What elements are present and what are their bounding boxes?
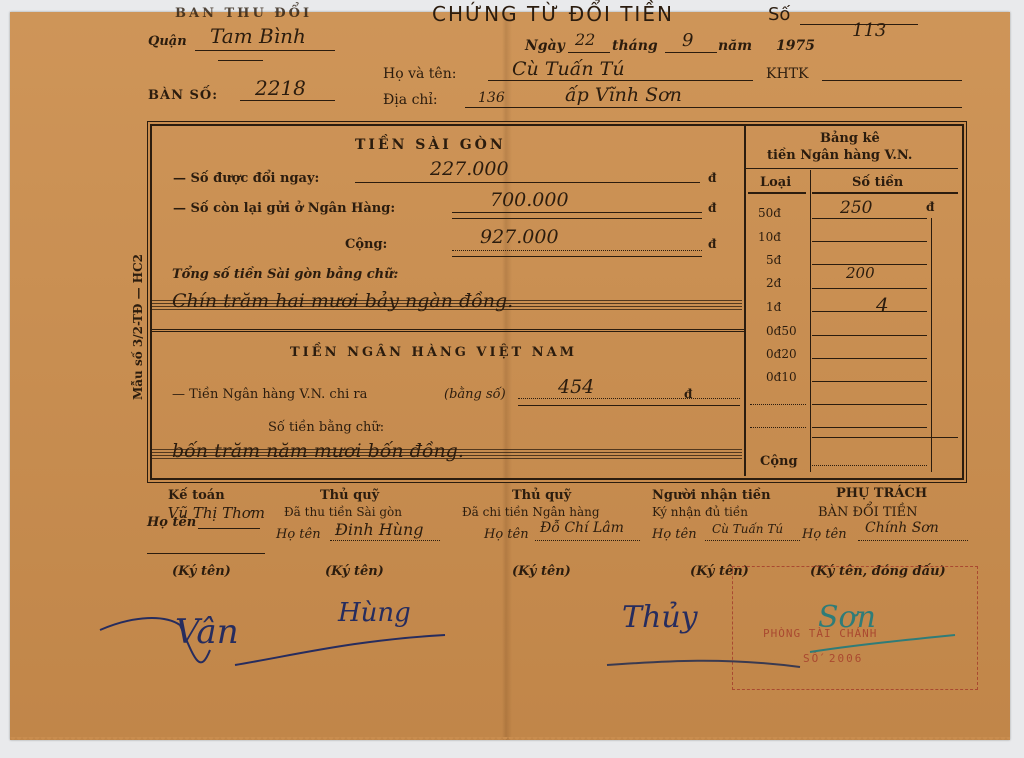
name-underline: [488, 80, 753, 81]
denom-unit: đ: [926, 200, 934, 214]
denom-title-1: Bảng kê: [820, 131, 880, 146]
doc-no-value: 113: [852, 20, 886, 41]
vn-words-value: bốn trăm năm mươi bốn đồng.: [172, 440, 464, 462]
denom-type: 50đ: [758, 206, 781, 220]
saigon-total-line: [452, 250, 702, 251]
sig-role-cashier-1: Thủ quỹ: [320, 488, 379, 503]
sig-sub: BÀN ĐỔI TIỀN: [818, 505, 918, 520]
table-no-underline: [240, 100, 335, 101]
sig-name-value: Cù Tuấn Tú: [712, 522, 783, 536]
denom-header-divider: [746, 168, 958, 169]
sig-sub: Đã chi tiền Ngân hàng: [462, 505, 600, 519]
sig-name-label: Họ tên: [652, 527, 697, 542]
vn-amount-unit: đ: [684, 387, 692, 401]
sig-sub: Đã thu tiền Sài gòn: [284, 505, 402, 519]
doc-no-label: Số: [768, 4, 790, 25]
address-number: 136: [478, 90, 505, 106]
denom-hdr-line-b: [812, 192, 958, 194]
name-suffix-underline: [822, 80, 962, 81]
saigon-total-unit: đ: [708, 237, 716, 251]
date-day-label: Ngày: [525, 38, 565, 54]
saigon-row-line: [355, 182, 700, 183]
denom-amount: 4: [876, 293, 889, 317]
denom-total-label: Cộng: [760, 454, 798, 469]
sig-sign-label: (Ký tên): [325, 564, 384, 579]
saigon-total-value: 927.000: [480, 226, 559, 248]
date-day-underline: [568, 52, 610, 53]
sig-sub: Ký nhận đủ tiền: [652, 505, 748, 519]
vn-words-label: Số tiền bằng chữ:: [268, 420, 384, 435]
denom-line: [812, 311, 927, 312]
denom-col-type: Loại: [760, 175, 791, 190]
sig-name-line-2: [147, 553, 265, 554]
sig-role-manager: PHỤ TRÁCH: [836, 486, 927, 501]
district-underline-2: [218, 60, 263, 61]
vn-amount-line-2: [518, 405, 740, 406]
office-label: BAN THU ĐỔI: [175, 6, 312, 21]
vn-bank-money-title: TIỀN NGÂN HÀNG VIỆT NAM: [290, 345, 577, 360]
sig-name-line: [330, 540, 440, 541]
date-year-value: 1975: [776, 38, 815, 54]
denom-blank-line: [812, 427, 927, 428]
saigon-row-value: 227.000: [430, 158, 509, 180]
sig-name-value: Chính Sơn: [865, 520, 939, 536]
saigon-words-value: Chín trăm hai mươi bảy ngàn đồng.: [172, 290, 513, 312]
document-title: CHỨNG TỪ ĐỔI TIỀN: [432, 2, 674, 26]
sig-name-label: Họ tên: [484, 527, 529, 542]
saigon-money-title: TIỀN SÀI GÒN: [355, 137, 506, 153]
denom-line: [812, 241, 927, 242]
sig-name-value: Đỗ Chí Lâm: [540, 520, 624, 536]
address-label: Địa chỉ:: [383, 92, 438, 108]
sig-sign-label: (Ký tên): [512, 564, 571, 579]
sig-name-value: Đinh Hùng: [335, 520, 424, 539]
denom-type: 5đ: [766, 253, 781, 267]
sig-name-label: Họ tên: [802, 527, 847, 542]
date-month-underline: [665, 52, 717, 53]
sig-name-value: Vũ Thị Thơm: [150, 500, 265, 526]
address-underline: [465, 107, 962, 108]
denom-line: [812, 358, 927, 359]
saigon-row-label: — Số được đổi ngay:: [173, 171, 319, 186]
sig-name-line: [198, 528, 260, 529]
main-divider: [744, 126, 746, 476]
sig-role-cashier-2: Thủ quỹ: [512, 488, 571, 503]
denom-total-rule: [812, 437, 958, 438]
denom-blank-line: [750, 427, 806, 428]
saigon-row-line-2: [452, 218, 702, 219]
vn-amount-paren: (bằng số): [444, 387, 506, 402]
sig-name-line: [705, 540, 800, 541]
saigon-row-value: 700.000: [490, 189, 569, 211]
denom-col-divider: [810, 170, 811, 472]
signature-underline-icon: [605, 655, 805, 675]
denom-total-line: [812, 465, 927, 466]
name-value: Cù Tuấn Tú: [512, 58, 625, 80]
denom-blank-line: [750, 404, 806, 405]
district-value: Tam Bình: [210, 24, 306, 48]
saigon-words-label: Tổng số tiền Sài gòn bằng chữ:: [172, 267, 398, 282]
denom-line: [812, 381, 927, 382]
district-label: Quận: [148, 34, 187, 49]
saigon-row-unit: đ: [708, 171, 716, 185]
form-code: Mẫu số 3/2-TĐ — HC2: [131, 247, 145, 407]
table-no-value: 2218: [255, 76, 306, 100]
sig-name-line: [535, 540, 640, 541]
sig-name-label: Họ tên: [276, 527, 321, 542]
denom-hdr-line-a: [748, 192, 806, 194]
saigon-row-label: — Số còn lại gửi ở Ngân Hàng:: [173, 201, 395, 216]
denom-type: 2đ: [766, 276, 781, 290]
denom-type: 0đ10: [766, 370, 797, 384]
name-suffix: KHTK: [766, 66, 808, 82]
signature-manager-stroke-icon: [805, 630, 965, 660]
section-divider: [152, 329, 744, 332]
denom-line: [812, 218, 927, 219]
denom-amount: 200: [846, 264, 875, 282]
saigon-row-line: [452, 212, 702, 213]
signature-cashier: Hùng: [338, 598, 411, 628]
denom-amount: 250: [840, 198, 872, 218]
denom-type: 0đ20: [766, 347, 797, 361]
table-no-label: BÀN SỐ:: [148, 88, 218, 103]
denom-col-amount: Số tiền: [852, 175, 903, 190]
date-year-label: năm: [718, 38, 752, 54]
vn-amount-line: [518, 398, 740, 399]
vn-amount-label: — Tiền Ngân hàng V.N. chi ra: [172, 387, 367, 402]
name-label: Họ và tên:: [383, 66, 456, 82]
address-value: ấp Vĩnh Sơn: [565, 84, 682, 106]
signature-recipient: Thủy: [622, 600, 698, 635]
vn-amount-value: 454: [558, 376, 594, 398]
denom-cents-divider: [931, 218, 932, 472]
denom-title-2: tiền Ngân hàng V.N.: [767, 148, 912, 163]
denom-type: 0đ50: [766, 324, 797, 338]
denom-type: 1đ: [766, 300, 781, 314]
sig-role-recipient: Người nhận tiền: [652, 488, 771, 503]
sig-sign-label: (Ký tên): [172, 564, 231, 579]
date-month-value: 9: [682, 30, 693, 51]
district-underline: [195, 50, 335, 51]
denom-blank-line: [812, 404, 927, 405]
sig-name-line: [858, 540, 968, 541]
denom-type: 10đ: [758, 230, 781, 244]
date-month-label: tháng: [612, 38, 658, 54]
saigon-total-label: Cộng:: [345, 237, 387, 252]
denom-line: [812, 335, 927, 336]
saigon-total-line-2: [452, 256, 702, 257]
denom-line: [812, 288, 927, 289]
date-day-value: 22: [575, 30, 595, 49]
saigon-row-unit: đ: [708, 201, 716, 215]
